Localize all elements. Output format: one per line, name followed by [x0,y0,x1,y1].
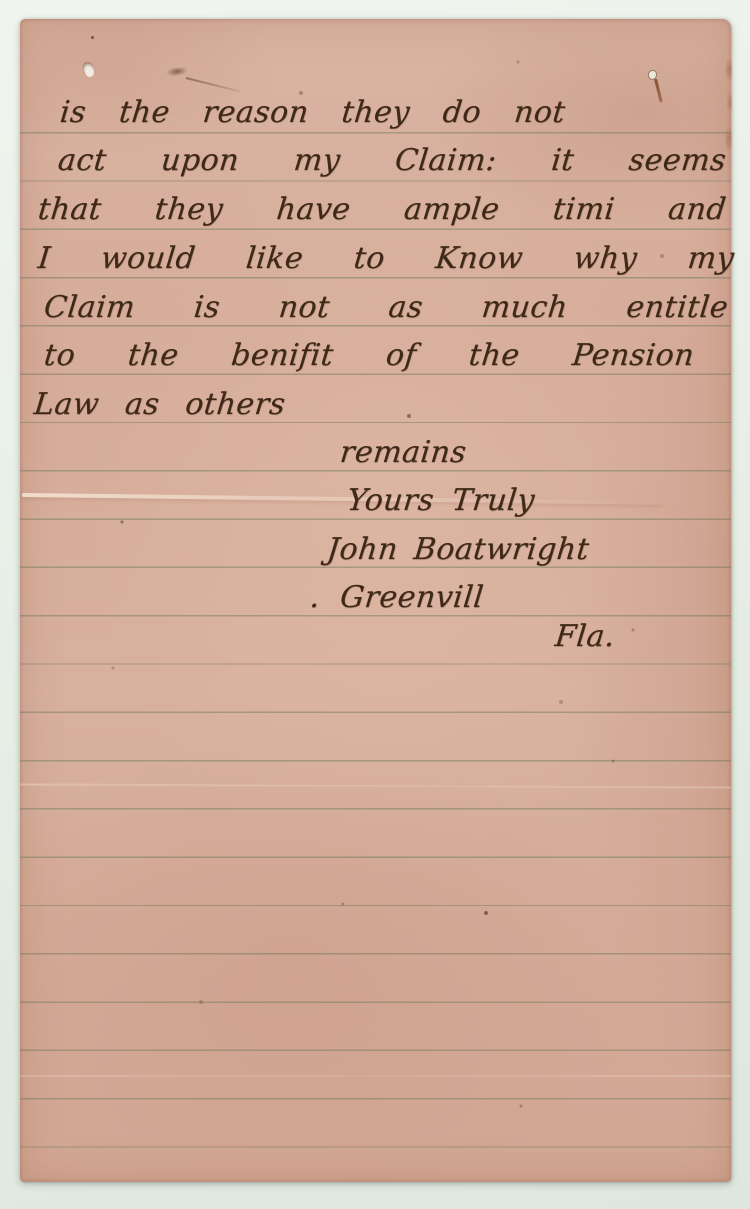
signature-state: Fla. [553,617,617,657]
closing-remains: remains [338,433,468,473]
handwritten-line-4: I would like to Know why my [36,239,736,279]
ruled-lines [20,132,731,1150]
pinhole-mark [82,62,96,78]
pin-tear-mark [654,79,662,103]
closing-signoff: Yours Truly [345,481,537,521]
handwritten-line-1: is the reason they do not [58,93,567,133]
paper-crease [20,1075,731,1077]
handwritten-line-2: act upon my Claim: it seems [56,141,728,181]
scratch-mark [186,77,241,92]
handwritten-line-6: to the benifit of the Pension [42,336,696,376]
handwritten-line-3: that they have ample timi and [36,190,728,230]
letter-paper: is the reason they do not act upon my Cl… [20,19,731,1182]
signature-name: John Boatwright [325,530,591,570]
smudge-mark [165,66,188,78]
handwritten-line-5: Claim is not as much entitle [42,288,730,328]
foxing-specks [20,19,22,21]
ink-speck [91,36,94,39]
signature-place: . Greenvill [308,578,486,618]
handwritten-line-7: Law as others [32,385,287,425]
scanned-letter: is the reason they do not act upon my Cl… [0,0,750,1209]
